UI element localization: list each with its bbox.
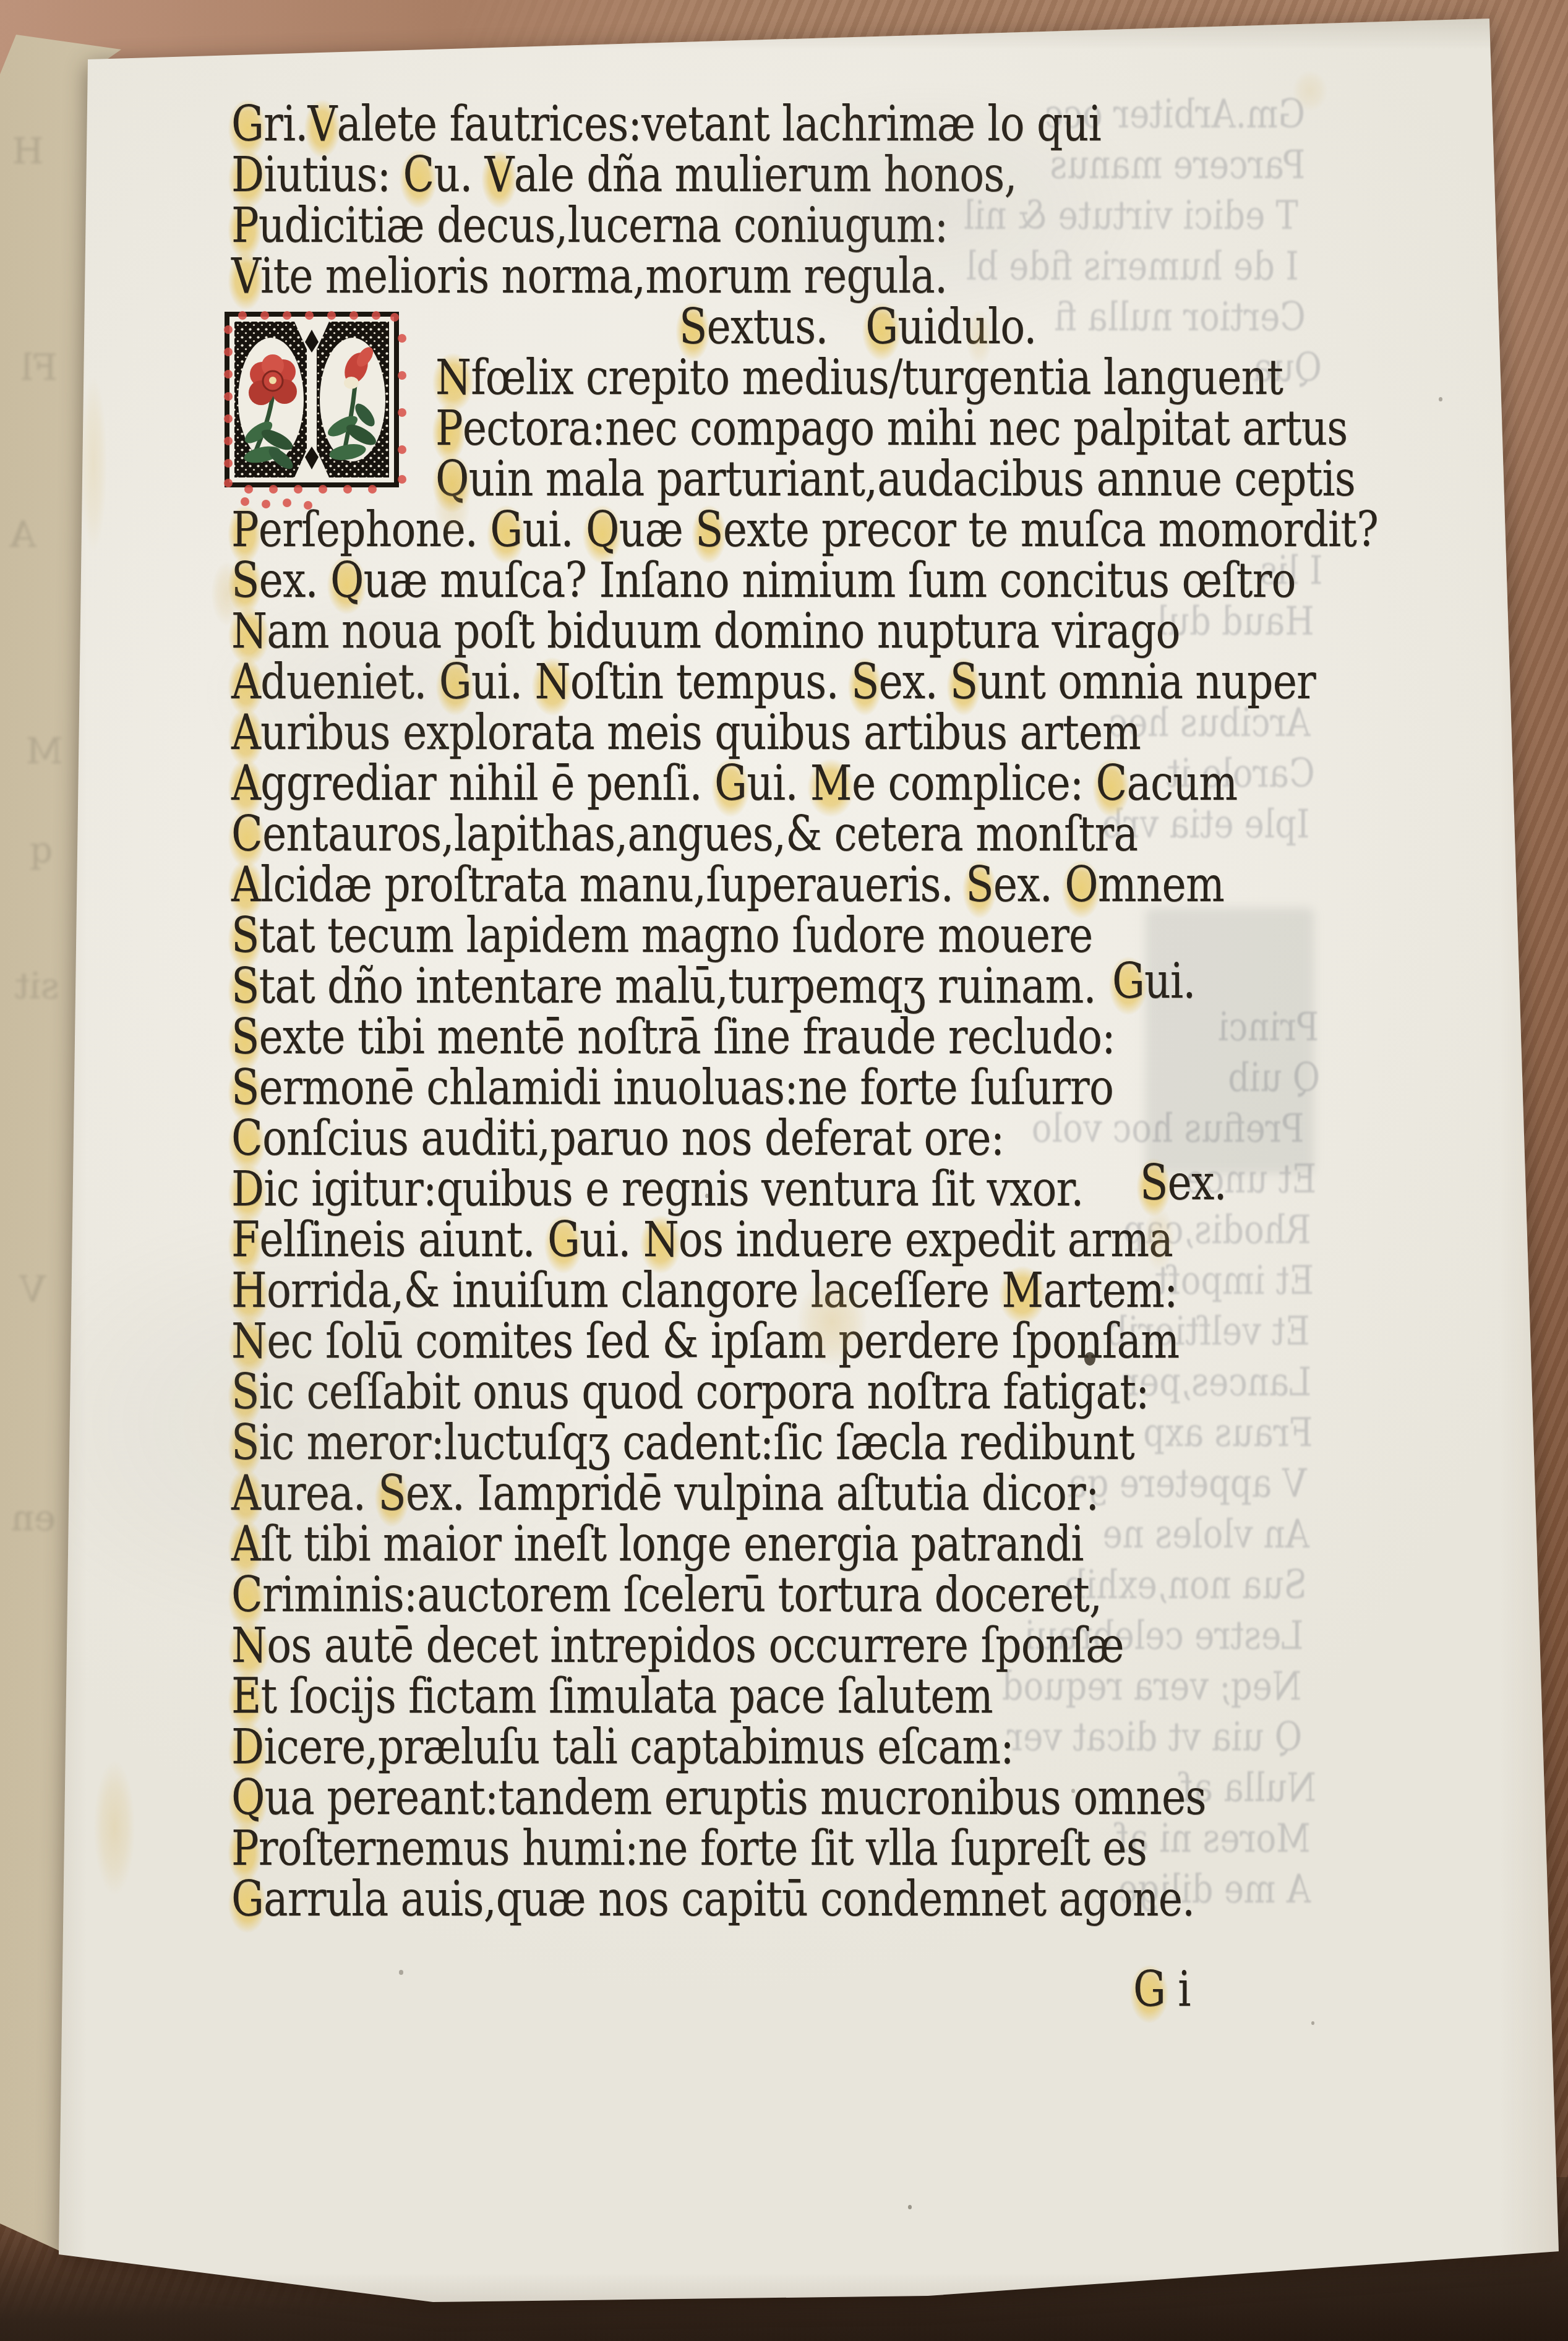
washed-capital: C — [231, 1113, 262, 1164]
verse-text: am noua poſt biduum domino nuptura virag… — [267, 604, 1180, 659]
verse-line: Diutius: Cu. Vale dña mulierum honos, — [231, 150, 1017, 200]
washed-capital: D — [231, 1722, 263, 1773]
washed-capital: Q — [330, 555, 364, 606]
verse-text: ite melioris norma,morum regula. — [260, 249, 947, 304]
gutter-show-through-mark: Fl — [21, 346, 58, 388]
verse-text: iutius: — [263, 147, 403, 203]
verse-line: Pudicitiæ decus,lucerna coniugum: — [231, 200, 948, 251]
show-through-line: An vloles ne — [1103, 1513, 1310, 1556]
washed-capital: G — [865, 302, 898, 353]
verse-line: Vite melioris norma,morum regula. — [231, 251, 947, 302]
ink-speck — [1311, 2021, 1314, 2025]
verse-text: tat tecum lapidem magno ſudore mouere — [259, 908, 1093, 964]
washed-capital: G — [231, 1874, 263, 1925]
washed-capital: A — [231, 758, 260, 809]
washed-capital: G — [490, 505, 522, 555]
verse-text: alete fautrices:vetant lachrimæ lo qui — [337, 96, 1101, 152]
initial-woodcut-art — [224, 311, 408, 515]
washed-capital: M — [810, 758, 852, 809]
verse-text: os induere expedit arma — [679, 1212, 1173, 1268]
washed-capital: S — [231, 1418, 259, 1468]
speaker-label-gui: Gui. — [1112, 956, 1196, 1007]
verse-text — [828, 299, 866, 355]
verse-line: Et ſocijs fictam ſimulata pace ſalutem — [231, 1671, 993, 1722]
yellow-stain — [1292, 69, 1329, 113]
verse-line: Felſineis aiunt. Gui. Nos induere expedi… — [231, 1215, 1173, 1265]
ink-speck — [1084, 1352, 1095, 1366]
verse-line: Garrula auis,quæ nos capitū condemnet ag… — [231, 1874, 1194, 1925]
washed-capital: S — [851, 657, 879, 708]
verse-text: u. — [434, 147, 484, 203]
verse-text: ex. — [259, 553, 330, 609]
verse-text: arrula auis,quæ nos capitū condemnet ago… — [263, 1872, 1194, 1927]
washed-capital: V — [485, 150, 514, 200]
washed-capital: S — [231, 1367, 259, 1418]
verse-line: Aggrediar nihil ē penſi. Gui. Me complic… — [231, 758, 1237, 809]
ink-speck — [399, 1970, 403, 1975]
verse-text: ui. — [580, 1212, 643, 1268]
verse-text: acum — [1126, 756, 1237, 811]
verse-text: ui. — [471, 654, 535, 710]
washed-capital: S — [1140, 1158, 1168, 1209]
yellow-stain — [433, 467, 471, 541]
verse-line: Centauros,lapithas,angues,& cetera monſt… — [231, 809, 1137, 860]
verse-text: uin mala parturiant,audacibus annue cept… — [469, 452, 1355, 507]
verse-line: Conſcius auditi,paruo nos deferat ore: — [231, 1113, 1004, 1164]
verse-text: os autē decet intrepidos occurrere ſponſ… — [267, 1618, 1124, 1674]
show-through-line: I de humeris fide bl — [966, 245, 1298, 288]
verse-text: t ſocijs fictam ſimulata pace ſalutem — [261, 1669, 993, 1724]
washed-capital: A — [231, 708, 260, 758]
verse-text: lcidæ proſtrata manu,ſuperaueris. — [260, 857, 966, 913]
verse-line: Nec ſolū comites ſed & ipſam perdere ſpo… — [231, 1316, 1179, 1367]
verse-line: Sic meror:luctuſqʒ cadent:ſic ſæcla redi… — [231, 1418, 1134, 1468]
yellow-stain — [79, 371, 108, 557]
verse-text: uribus explorata meis quibus artibus art… — [260, 705, 1141, 761]
verse-text: icere,præluſu tali captabimus eſcam: — [263, 1719, 1014, 1775]
verse-text: ui. — [747, 756, 810, 811]
verse-line: Sic ceſſabit onus quod corpora noſtra fa… — [231, 1367, 1149, 1418]
washed-capital: A — [231, 1519, 260, 1570]
washed-capital: P — [231, 1823, 259, 1874]
washed-capital: D — [231, 1164, 263, 1215]
verse-text: ic meror:luctuſqʒ cadent:ſic ſæcla redib… — [259, 1415, 1134, 1471]
decorated-initial-I-woodcut — [224, 311, 408, 515]
washed-capital: E — [231, 1671, 261, 1722]
washed-capital: S — [966, 860, 993, 910]
verse-text: e complice: — [852, 756, 1096, 811]
verse-line: Dicere,præluſu tali captabimus eſcam: — [231, 1722, 1014, 1773]
washed-capital: G — [1112, 956, 1144, 1007]
signature-mark: G i — [1133, 1964, 1191, 2015]
verse-line: Nos autē decet intrepidos occurrere ſpon… — [231, 1620, 1124, 1671]
verse-line: Aurea. Sex. Iampridē vulpina aſtutia dic… — [231, 1468, 1099, 1519]
washed-capital: N — [231, 1316, 267, 1367]
washed-capital: S — [231, 910, 259, 961]
washed-capital: P — [231, 200, 259, 251]
washed-capital: N — [231, 1620, 267, 1671]
washed-capital: S — [950, 657, 978, 708]
washed-capital: S — [695, 505, 723, 555]
verse-line: Auribus explorata meis quibus artibus ar… — [231, 708, 1141, 758]
yellow-stain — [93, 1757, 136, 1899]
speaker-label-sex: Sex. — [1140, 1158, 1227, 1209]
verse-text: udicitiæ decus,lucerna coniugum: — [259, 198, 948, 254]
verse-text: extus. — [707, 299, 828, 355]
gutter-show-through-mark: en — [11, 1497, 56, 1539]
verse-text: exte tibi mentē noſtrā ſine fraude reclu… — [259, 1009, 1115, 1065]
washed-capital: N — [643, 1215, 679, 1265]
washed-capital: Q — [586, 505, 619, 555]
show-through-line: Q uia vt dicat ver — [1007, 1716, 1302, 1759]
verse-text: ic ceſſabit onus quod corpora noſtra fat… — [259, 1364, 1149, 1420]
book-page: Gm.Arbiter occParcere manusT edici virtu… — [0, 0, 1568, 2341]
verse-line: Dic igitur:quibus e regnis ventura ſit v… — [231, 1164, 1083, 1215]
verse-line: Qua pereant:tandem eruptis mucronibus om… — [231, 1773, 1206, 1823]
verse-text: ſt tibi maior ineſt longe energia patran… — [260, 1517, 1084, 1572]
show-through-line: Fraus axp — [1143, 1411, 1313, 1455]
show-through-line: Et impoft — [1155, 1259, 1314, 1303]
verse-text: mnem — [1098, 857, 1224, 913]
gutter-show-through-mark: V — [20, 1268, 46, 1310]
yellow-stain — [795, 1275, 869, 1368]
verse-text: dueniet. — [260, 654, 439, 710]
verse-line: Adueniet. Gui. Noſtin tempus. Sex. Sunt … — [231, 657, 1316, 708]
verse-text: ale dña mulierum honos, — [514, 147, 1017, 203]
verse-text: roſternemus humi:ne forte ſit vlla ſupre… — [259, 1821, 1147, 1877]
verse-text: oſtin tempus. — [570, 654, 851, 710]
washed-capital: G — [231, 99, 263, 150]
verse-line: Perſephone. Gui. Quæ Sexte precor te muſ… — [231, 505, 1378, 555]
washed-capital: G — [439, 657, 471, 708]
verse-line: Nfœlix crepito medius/turgentia languent — [435, 353, 1283, 403]
gutter-show-through-mark: q — [30, 829, 53, 871]
washed-capital: P — [231, 505, 259, 555]
verse-text: unt omnia nuper — [977, 654, 1315, 710]
washed-capital: A — [231, 657, 260, 708]
verse-text: ua pereant:tandem eruptis mucronibus omn… — [265, 1770, 1206, 1826]
yellow-stain — [210, 560, 244, 628]
verse-text: elſineis aiunt. — [259, 1212, 547, 1268]
washed-capital: C — [1096, 758, 1127, 809]
verse-text: ex. — [993, 857, 1065, 913]
verse-line: Horrida,& inuiſum clangore laceſſere Mar… — [231, 1265, 1178, 1316]
verse-text: ui. — [1144, 954, 1195, 1009]
yellow-stain — [1143, 1205, 1175, 1273]
washed-capital: V — [308, 99, 337, 150]
verse-line: Stat tecum lapidem magno ſudore mouere — [231, 910, 1092, 961]
verse-text: onſcius auditi,paruo nos deferat ore: — [262, 1111, 1004, 1166]
washed-capital: G — [1133, 1964, 1165, 2015]
ink-speck — [908, 2205, 912, 2209]
show-through-line: Certior nulla fi — [1055, 296, 1306, 339]
washed-capital: A — [231, 1468, 260, 1519]
verse-line: Aſt tibi maior ineſt longe energia patra… — [231, 1519, 1084, 1570]
washed-capital: M — [1001, 1265, 1043, 1316]
verse-line: Gri.Valete fautrices:vetant lachrimæ lo … — [231, 99, 1101, 150]
washed-capital: S — [378, 1468, 406, 1519]
verse-text: uæ muſca? Inſano nimium ſum concitus œſt… — [363, 553, 1295, 609]
verse-text: ex. — [878, 654, 949, 710]
washed-capital: C — [231, 1570, 262, 1620]
washed-capital: C — [403, 150, 434, 200]
verse-line: Alcidæ proſtrata manu,ſuperaueris. Sex. … — [231, 860, 1224, 910]
washed-capital: N — [534, 657, 570, 708]
washed-capital: S — [679, 302, 707, 353]
show-through-line: Q uib — [1228, 1056, 1320, 1100]
yellow-stain — [965, 308, 993, 367]
verse-text: fœlix crepito medius/turgentia languent — [471, 350, 1283, 406]
verse-text: ermonē chlamidi inuoluas:ne forte ſuſurr… — [259, 1060, 1113, 1116]
verse-text: uæ — [619, 502, 696, 558]
gutter-show-through-mark: A — [10, 513, 36, 555]
verse-text: riminis:auctorem ſcelerū tortura doceret… — [262, 1567, 1102, 1623]
verse-text: urea. — [260, 1466, 378, 1521]
gutter-show-through-mark: M — [26, 730, 62, 772]
verse-line: Criminis:auctorem ſcelerū tortura docere… — [231, 1570, 1102, 1620]
washed-capital: H — [231, 1265, 267, 1316]
washed-capital: O — [1065, 860, 1098, 910]
verse-text: ex. — [1168, 1155, 1227, 1211]
ink-speck — [1439, 397, 1442, 401]
washed-capital: G — [547, 1215, 580, 1265]
washed-capital: G — [714, 758, 747, 809]
verse-text: ic igitur:quibus e regnis ventura ſit vx… — [263, 1162, 1083, 1217]
verse-text: ggrediar nihil ē penſi. — [260, 756, 714, 811]
verse-text: orrida,& inuiſum clangore laceſſere — [267, 1263, 1001, 1319]
washed-capital: D — [231, 150, 263, 200]
washed-capital: A — [231, 860, 260, 910]
washed-capital: N — [435, 353, 471, 403]
washed-capital: S — [231, 1063, 259, 1113]
washed-capital: C — [231, 809, 262, 860]
washed-capital: Q — [231, 1773, 265, 1823]
verse-text: ui. — [522, 502, 586, 558]
book-page-wrap: Gm.Arbiter occParcere manusT edici virtu… — [0, 0, 1568, 2341]
verse-line: Pectora:nec compago mihi nec palpitat ar… — [435, 403, 1347, 454]
verse-line: Nam noua poſt biduum domino nuptura vira… — [231, 606, 1180, 657]
washed-capital: P — [435, 403, 463, 454]
gutter-show-through-mark: sit — [15, 965, 59, 1007]
washed-capital: V — [231, 251, 260, 302]
ink-speck — [348, 207, 353, 213]
verse-line: Sermonē chlamidi inuoluas:ne forte ſuſur… — [231, 1063, 1113, 1113]
verse-line: Stat dño intentare malū,turpemqʒ ruinam. — [231, 961, 1096, 1012]
gutter-show-through-mark: H — [12, 130, 44, 172]
washed-capital: F — [231, 1215, 259, 1265]
washed-capital: S — [231, 961, 259, 1012]
verse-text: entauros,lapithas,angues,& cetera monſtr… — [262, 807, 1137, 862]
verse-text: ec ſolū comites ſed & ipſam perdere ſpon… — [267, 1314, 1179, 1369]
verse-line: Sex. Quæ muſca? Inſano nimium ſum concit… — [231, 555, 1296, 606]
verse-line: Sexte tibi mentē noſtrā ſine fraude recl… — [231, 1012, 1115, 1063]
verse-text: ex. Iampridē vulpina aſtutia dicor: — [406, 1466, 1099, 1521]
verse-text: ri. — [263, 96, 307, 152]
verse-text: tat dño intentare malū,turpemqʒ ruinam. — [259, 959, 1096, 1014]
washed-capital: S — [231, 1012, 259, 1063]
verse-line: Proſternemus humi:ne forte ſit vlla ſupr… — [231, 1823, 1147, 1874]
verse-line: Quin mala parturiant,audacibus annue cep… — [435, 454, 1355, 505]
verse-text: ectora:nec compago mihi nec palpitat art… — [463, 401, 1348, 456]
show-through-line: Princi — [1219, 1006, 1319, 1049]
verse-text: exte precor te muſca momordit? — [723, 502, 1378, 558]
